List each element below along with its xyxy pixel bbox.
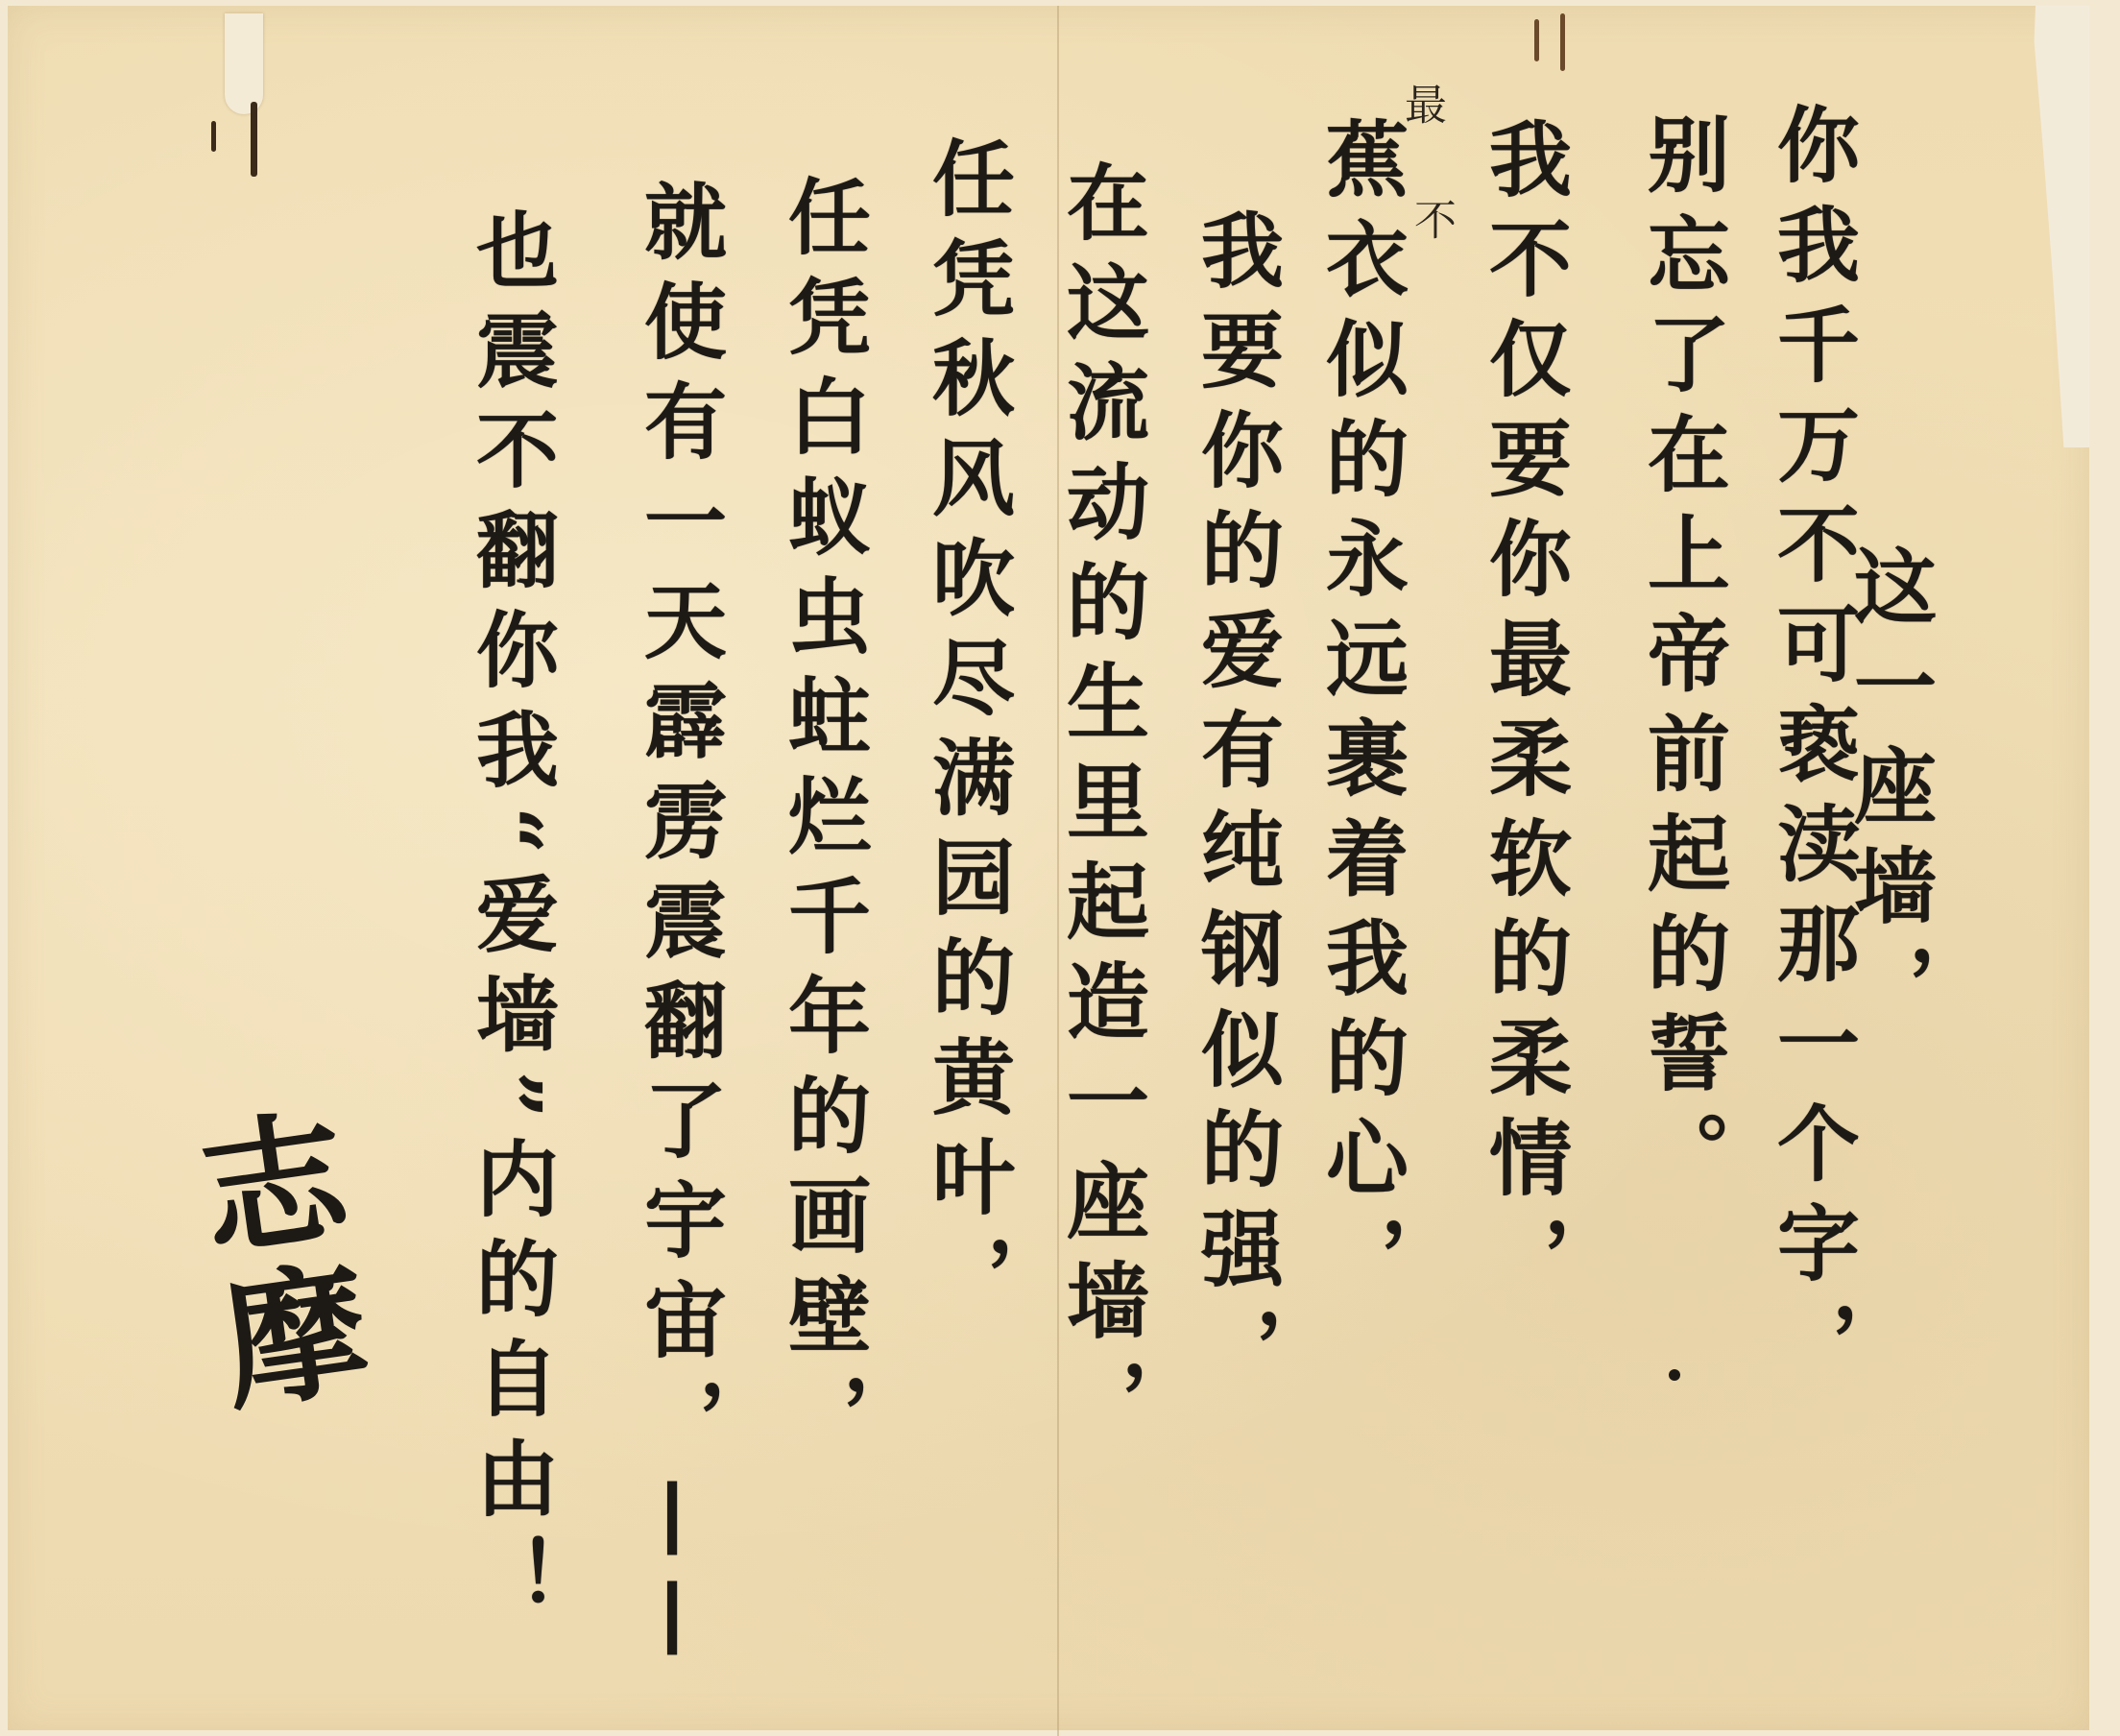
poem-line-9: 任凭白蚁虫蛀烂千年的画壁， (781, 174, 863, 1472)
poem-line-11: 也震不翻你我“爱墙”内的自由！ (469, 207, 551, 1635)
ink-mark-top-center-2 (1560, 13, 1565, 71)
torn-paper-edge (2022, 6, 2089, 447)
poem-line-8: 任凭秋风吹尽满园的黄叶， (925, 135, 1007, 1334)
poem-line-2: 你我千万不可亵渎那一个字， (1770, 102, 1852, 1400)
ink-mark-top-center-1 (1534, 19, 1539, 61)
ink-mark-left (211, 121, 216, 152)
poem-line-3: 别忘了在上帝前起的誓。 (1640, 111, 1722, 1210)
poem-line-4: 我不仅要你最柔软的柔情， (1482, 116, 1564, 1314)
full-stop-dot (1669, 1369, 1680, 1381)
correction-mark-2: 不 (1400, 198, 1461, 240)
poem-line-7: 在这流动的生里起造一座墙， (1059, 159, 1142, 1458)
manuscript-paper: 这一座墙， 你我千万不可亵渎那一个字， 别忘了在上帝前起的誓。 我不仅要你最柔软… (8, 6, 2089, 1730)
author-signature: 志摩 (149, 1097, 397, 1431)
ink-mark-left-2 (251, 102, 257, 177)
poem-line-6: 我要你的爱有纯钢似的强， (1193, 207, 1276, 1406)
poem-line-10: 就使有一天霹雳震翻了宇宙，—— (637, 179, 719, 1676)
correction-mark-1: 最 (1390, 83, 1452, 125)
water-stain (225, 13, 263, 114)
poem-line-5: 蕉衣似的永远裹着我的心， (1318, 116, 1401, 1314)
